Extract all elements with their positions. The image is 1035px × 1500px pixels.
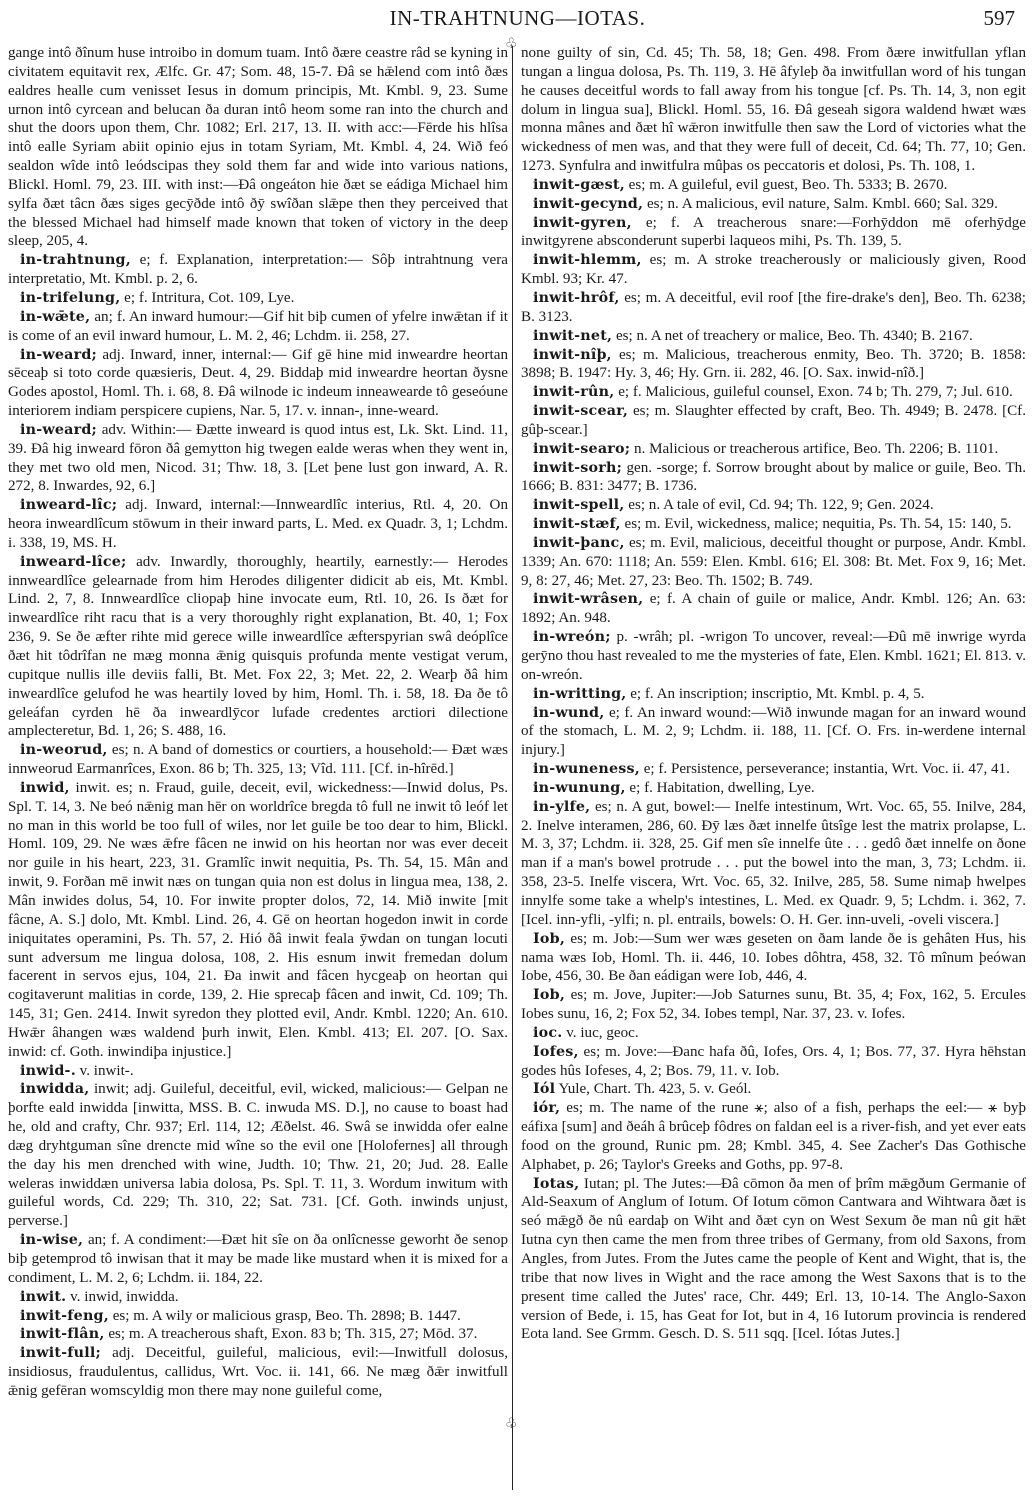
dictionary-entry: in-weorud, es; n. A band of domestics or… — [8, 741, 508, 779]
right-column: none guilty of sin, Cd. 45; Th. 58, 18; … — [521, 44, 1026, 1344]
dictionary-entry: inwidda, inwit; adj. Guileful, deceitful… — [8, 1080, 508, 1231]
dictionary-entry: in-wund, e; f. An inward wound:—Wið inwu… — [521, 704, 1026, 761]
dictionary-entry: inwit-gecynd, es; n. A malicious, evil n… — [521, 195, 1026, 214]
entry-definition: e; f. Intritura, Cot. 109, Lye. — [124, 290, 294, 306]
entry-definition: e; f. Persistence, perseverance; instant… — [644, 761, 1010, 777]
entry-definition: gange intô ðînum huse introibo in domum … — [8, 45, 508, 249]
column-ornament-bottom-icon: ♧ — [505, 1418, 518, 1432]
entry-headword: inwit-hlemm, — [533, 252, 642, 268]
page-number: 597 — [984, 6, 1016, 31]
entry-definition: Iutan; pl. The Jutes:—Ðâ cōmon ða men of… — [521, 1176, 1026, 1343]
entry-headword: inwit-flân, — [20, 1326, 105, 1342]
entry-headword: inwit-searo; — [533, 441, 630, 457]
entry-headword: in-wreón; — [533, 629, 611, 645]
entry-headword: in-writting, — [533, 686, 626, 702]
column-divider — [512, 46, 513, 1490]
dictionary-entry: gange intô ðînum huse introibo in domum … — [8, 44, 508, 251]
entry-headword: inwit-stæf, — [533, 516, 621, 532]
entry-definition: es; m. A treacherous shaft, Exon. 83 b; … — [108, 1326, 477, 1342]
page-header: IN-TRAHTNUNG—IOTAS. 597 — [0, 4, 1035, 34]
dictionary-entry: inwit-sorh; gen. -sorge; f. Sorrow broug… — [521, 459, 1026, 497]
dictionary-entry: inweard-lîce; adv. Inwardly, thoroughly,… — [8, 553, 508, 741]
dictionary-entry: inwid, inwit. es; n. Fraud, guile, decei… — [8, 779, 508, 1062]
entry-definition: e; f. Habitation, dwelling, Lye. — [629, 780, 814, 796]
entry-definition: es; n. A malicious, evil nature, Salm. K… — [647, 196, 998, 212]
dictionary-entry: inwit-net, es; n. A net of treachery or … — [521, 327, 1026, 346]
dictionary-entry: inwit-gæst, es; m. A guileful, evil gues… — [521, 176, 1026, 195]
entry-headword: in-wund, — [533, 705, 604, 721]
entry-definition: adv. Inwardly, thoroughly, heartily, ear… — [8, 554, 508, 740]
entry-definition: es; m. Evil, wickedness, malice; nequiti… — [625, 516, 1012, 532]
dictionary-entry: Iob, es; m. Jove, Jupiter:—Job Saturnes … — [521, 986, 1026, 1024]
dictionary-entry: none guilty of sin, Cd. 45; Th. 58, 18; … — [521, 44, 1026, 176]
running-title: IN-TRAHTNUNG—IOTAS. — [0, 6, 1035, 31]
dictionary-entry: inwit-rûn, e; f. Malicious, guileful cou… — [521, 383, 1026, 402]
entry-headword: in-weorud, — [20, 742, 108, 758]
dictionary-entry: in-wise, an; f. A condiment:—Ðæt hit sîe… — [8, 1231, 508, 1288]
dictionary-entry: inwit-searo; n. Malicious or treacherous… — [521, 440, 1026, 459]
entry-headword: in-wǣte, — [20, 309, 90, 325]
entry-definition: es; n. A gut, bowel:— Inelfe intestinum,… — [521, 799, 1026, 928]
dictionary-entry: inwit-hrôf, es; m. A deceitful, evil roo… — [521, 289, 1026, 327]
entry-headword: inwid-. — [20, 1063, 76, 1079]
entry-definition: es; m. A wily or malicious grasp, Beo. T… — [113, 1308, 461, 1324]
entry-definition: es; m. Jove, Jupiter:—Job Saturnes sunu,… — [521, 987, 1026, 1022]
dictionary-entry: inwit-full; adj. Deceitful, guileful, ma… — [8, 1344, 508, 1401]
dictionary-entry: inweard-lîc; adj. Inward, internal:—Innw… — [8, 496, 508, 553]
entry-definition: es; m. The name of the rune ⚹; also of a… — [521, 1100, 1026, 1173]
entry-definition: es; n. A tale of evil, Cd. 94; Th. 122, … — [628, 497, 933, 513]
dictionary-entry: inwit-hlemm, es; m. A stroke treacherous… — [521, 251, 1026, 289]
entry-definition: inwit; adj. Guileful, deceitful, evil, w… — [8, 1081, 508, 1229]
entry-definition: inwit. es; n. Fraud, guile, deceit, evil… — [8, 780, 508, 1060]
entry-headword: iór, — [533, 1100, 560, 1116]
entry-definition: none guilty of sin, Cd. 45; Th. 58, 18; … — [521, 45, 1026, 174]
dictionary-entry: in-wreón; p. -wrâh; pl. -wrigon To uncov… — [521, 628, 1026, 685]
entry-definition: v. iuc, geoc. — [566, 1025, 638, 1041]
entry-definition: Yule, Chart. Th. 423, 5. v. Geól. — [558, 1081, 751, 1097]
dictionary-entry: in-wuneness, e; f. Persistence, persever… — [521, 760, 1026, 779]
dictionary-entry: inwit-stæf, es; m. Evil, wickedness, mal… — [521, 515, 1026, 534]
entry-headword: in-wise, — [20, 1232, 83, 1248]
dictionary-entry: Iob, es; m. Job:—Sum wer wæs geseten on … — [521, 930, 1026, 987]
entry-headword: inwit. — [20, 1289, 66, 1305]
dictionary-entry: in-weard; adv. Within:— Ðætte inweard is… — [8, 421, 508, 496]
entry-headword: Iofes, — [533, 1044, 579, 1060]
dictionary-entry: in-writting, e; f. An inscription; inscr… — [521, 685, 1026, 704]
entry-headword: inweard-lîce; — [20, 554, 127, 570]
entry-headword: inwit-spell, — [533, 497, 624, 513]
entry-headword: in-trifelung, — [20, 290, 120, 306]
entry-headword: inwit-scear, — [533, 403, 628, 419]
entry-headword: ioc. — [533, 1025, 562, 1041]
entry-headword: in-wuneness, — [533, 761, 640, 777]
dictionary-entry: ioc. v. iuc, geoc. — [521, 1024, 1026, 1043]
entry-headword: inwit-wrâsen, — [533, 591, 643, 607]
entry-headword: in-ylfe, — [533, 799, 590, 815]
dictionary-entry: inwit-feng, es; m. A wily or malicious g… — [8, 1307, 508, 1326]
dictionary-entry: iór, es; m. The name of the rune ⚹; also… — [521, 1099, 1026, 1174]
dictionary-entry: in-trifelung, e; f. Intritura, Cot. 109,… — [8, 289, 508, 308]
entry-headword: inwit-net, — [533, 328, 612, 344]
dictionary-entry: in-weard; adj. Inward, inner, internal:—… — [8, 346, 508, 421]
dictionary-entry: Iotas, Iutan; pl. The Jutes:—Ðâ cōmon ða… — [521, 1175, 1026, 1345]
entry-headword: in-trahtnung, — [20, 252, 131, 268]
dictionary-entry: inwit-flân, es; m. A treacherous shaft, … — [8, 1325, 508, 1344]
entry-definition: v. inwit-. — [80, 1063, 134, 1079]
entry-headword: Iotas, — [533, 1176, 579, 1192]
dictionary-entry: inwit-wrâsen, e; f. A chain of guile or … — [521, 590, 1026, 628]
dictionary-entry: inwit-spell, es; n. A tale of evil, Cd. … — [521, 496, 1026, 515]
dictionary-entry: inwit-nîþ, es; m. Malicious, treacherous… — [521, 346, 1026, 384]
entry-definition: es; n. A net of treachery or malice, Beo… — [616, 328, 973, 344]
dictionary-entry: inwit. v. inwid, inwidda. — [8, 1288, 508, 1307]
dictionary-entry: Iofes, es; m. Jove:—Ðanc hafa ðû, Iofes,… — [521, 1043, 1026, 1081]
entry-headword: inwid, — [20, 780, 70, 796]
entry-headword: Iob, — [533, 931, 565, 947]
entry-headword: inwit-full; — [20, 1345, 101, 1361]
dictionary-entry: in-trahtnung, e; f. Explanation, interpr… — [8, 251, 508, 289]
dictionary-entry: inwid-. v. inwit-. — [8, 1062, 508, 1081]
entry-headword: inwit-gecynd, — [533, 196, 643, 212]
entry-headword: inwidda, — [20, 1081, 89, 1097]
dictionary-entry: in-wunung, e; f. Habitation, dwelling, L… — [521, 779, 1026, 798]
entry-definition: e; f. Malicious, guileful counsel, Exon.… — [618, 384, 1013, 400]
entry-headword: inweard-lîc; — [20, 497, 117, 513]
entry-definition: e; f. An inscription; inscriptio, Mt. Km… — [630, 686, 924, 702]
entry-headword: in-wunung, — [533, 780, 626, 796]
dictionary-entry: in-ylfe, es; n. A gut, bowel:— Inelfe in… — [521, 798, 1026, 930]
entry-headword: inwit-gæst, — [533, 177, 625, 193]
entry-headword: inwit-hrôf, — [533, 290, 620, 306]
entry-headword: in-weard; — [20, 347, 97, 363]
left-column: gange intô ðînum huse introibo in domum … — [8, 44, 508, 1401]
entry-headword: inwit-rûn, — [533, 384, 614, 400]
entry-headword: inwit-nîþ, — [533, 347, 612, 363]
dictionary-entry: Iól Yule, Chart. Th. 423, 5. v. Geól. — [521, 1080, 1026, 1099]
dictionary-entry: inwit-þanc, es; m. Evil, malicious, dece… — [521, 534, 1026, 591]
entry-definition: n. Malicious or treacherous artifice, Be… — [634, 441, 998, 457]
entry-definition: v. inwid, inwidda. — [70, 1289, 178, 1305]
entry-headword: inwit-sorh; — [533, 460, 622, 476]
dictionary-entry: inwit-scear, es; m. Slaughter effected b… — [521, 402, 1026, 440]
entry-definition: es; m. Jove:—Ðanc hafa ðû, Iofes, Ors. 4… — [521, 1044, 1026, 1079]
entry-definition: es; m. A guileful, evil guest, Beo. Th. … — [629, 177, 948, 193]
entry-definition: es; m. Job:—Sum wer wæs geseten on ðam l… — [521, 931, 1026, 985]
entry-definition: an; f. A condiment:—Ðæt hit sîe on ða on… — [8, 1232, 508, 1286]
entry-headword: in-weard; — [20, 422, 97, 438]
entry-headword: inwit-gyren, — [533, 215, 632, 231]
entry-headword: Iob, — [533, 987, 565, 1003]
entry-headword: Iól — [533, 1081, 555, 1097]
dictionary-entry: in-wǣte, an; f. An inward humour:—Gif hi… — [8, 308, 508, 346]
dictionary-entry: inwit-gyren, e; f. A treacherous snare:—… — [521, 214, 1026, 252]
entry-headword: inwit-feng, — [20, 1308, 109, 1324]
entry-headword: inwit-þanc, — [533, 535, 625, 551]
